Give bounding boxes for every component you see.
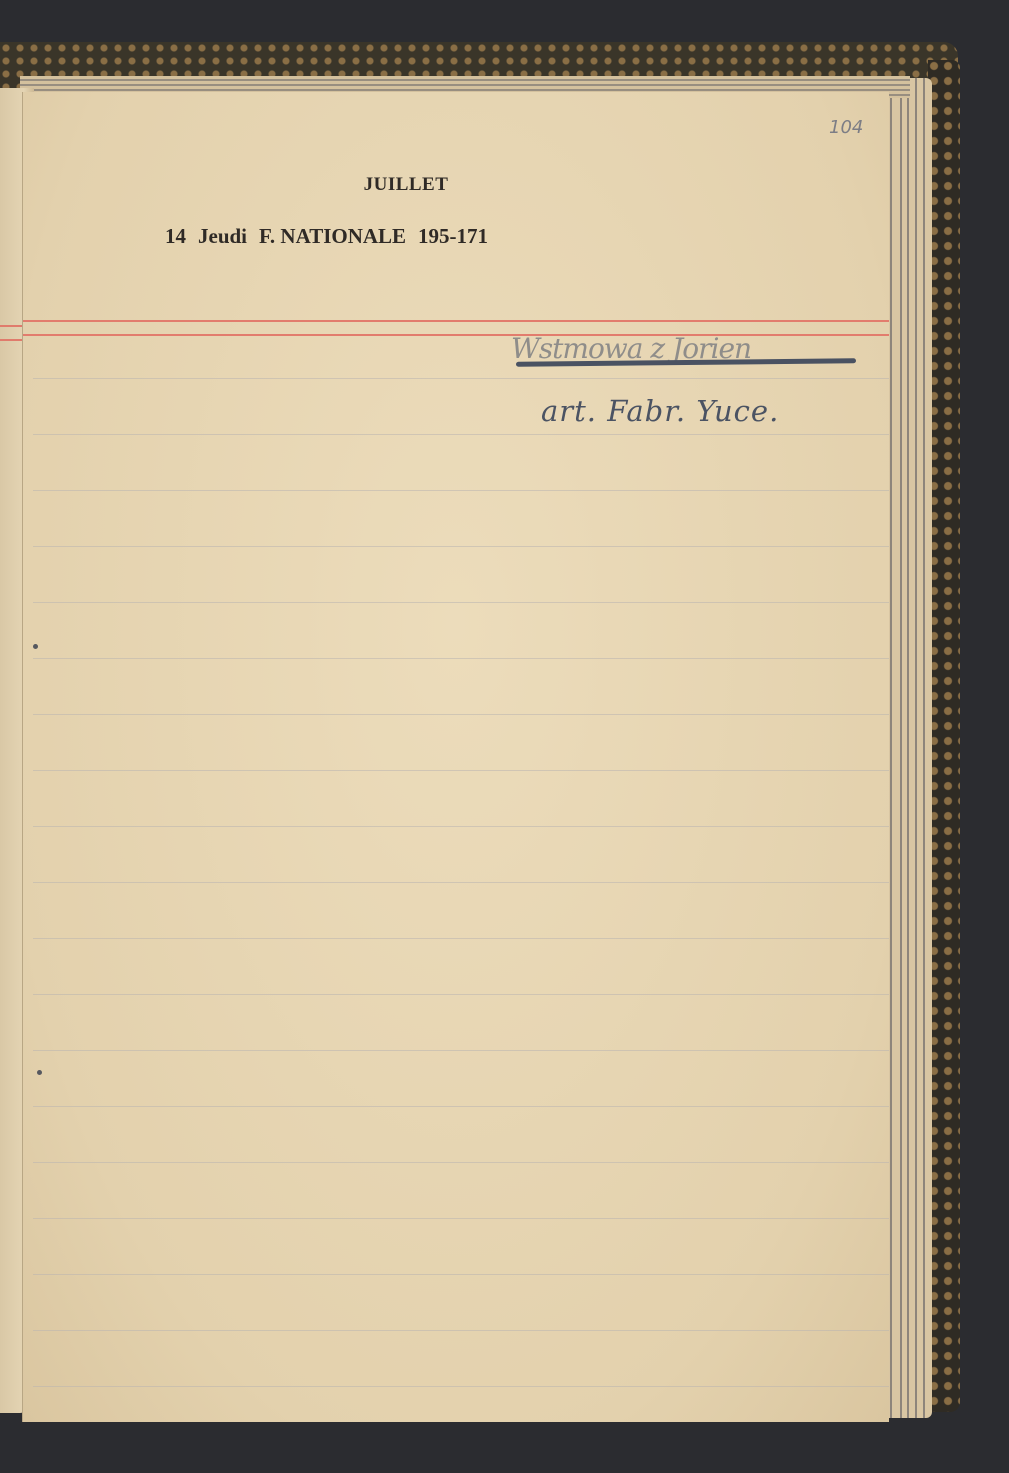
ruled-line [33, 658, 889, 659]
month-heading: JUILLET [23, 174, 789, 196]
ruled-line [33, 434, 889, 435]
ruled-line [33, 602, 889, 603]
ruled-line [33, 1106, 889, 1107]
holiday-name: F. NATIONALE [259, 224, 406, 248]
ruled-line [33, 1386, 889, 1387]
ink-spot [33, 644, 38, 649]
ruled-line [33, 1218, 889, 1219]
handwritten-note: art. Fabr. Yuce. [541, 394, 779, 428]
date-line: 14JeudiF. NATIONALE195-171 [165, 224, 500, 249]
ink-spot [37, 1070, 42, 1075]
day-count: 195-171 [418, 224, 488, 248]
page-number: 104 [829, 117, 863, 138]
notebook-cover-right [928, 60, 960, 1412]
ruled-line [33, 714, 889, 715]
ruled-line [33, 882, 889, 883]
ruled-line [33, 1274, 889, 1275]
weekday: Jeudi [198, 224, 247, 248]
header-red-rule-top [23, 320, 889, 322]
ruled-line [33, 1050, 889, 1051]
header-red-rule-bottom [23, 334, 889, 336]
diary-page: 104 JUILLET 14JeudiF. NATIONALE195-171 W… [22, 92, 889, 1422]
ruled-line [33, 546, 889, 547]
ruled-line [33, 994, 889, 995]
ruled-line [33, 826, 889, 827]
ruled-line [33, 770, 889, 771]
ruled-line [33, 1162, 889, 1163]
ruled-line [33, 378, 889, 379]
day-number: 14 [165, 224, 186, 248]
ruled-line [33, 1330, 889, 1331]
ruled-line [33, 938, 889, 939]
ruled-line [33, 490, 889, 491]
